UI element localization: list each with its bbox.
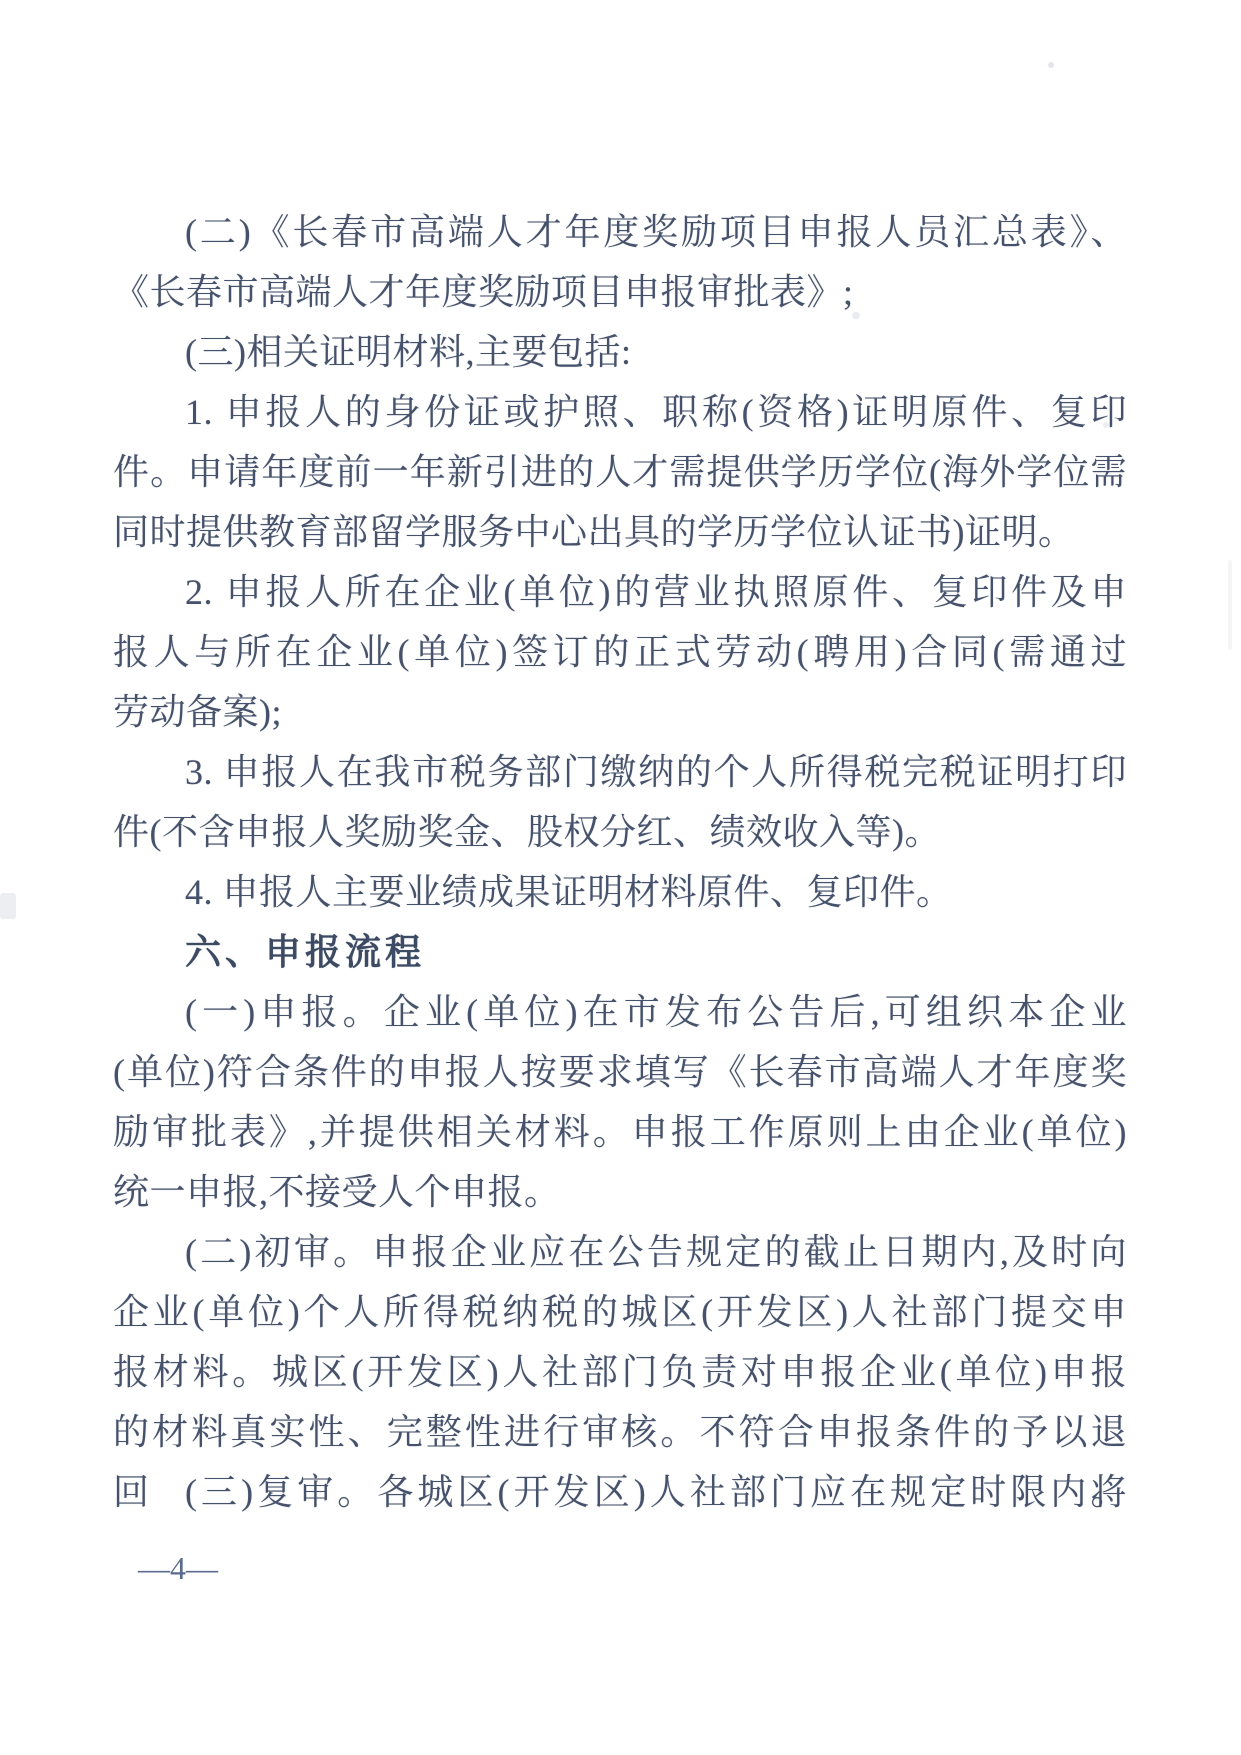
document-page: (二)《长春市高端人才年度奖励项目申报人员汇总表》、 《长春市高端人才年度奖励项…	[0, 0, 1241, 1755]
text-line: 报材料。城区(开发区)人社部门负责对申报企业(单位)申报	[113, 1342, 1127, 1402]
text-line: 企业(单位)个人所得税纳税的城区(开发区)人社部门提交申	[113, 1282, 1127, 1342]
section-heading: 六、申报流程	[113, 922, 1127, 982]
document-body: (二)《长春市高端人才年度奖励项目申报人员汇总表》、 《长春市高端人才年度奖励项…	[113, 202, 1127, 1522]
page-number: —4—	[138, 1548, 218, 1588]
text-line: 励审批表》,并提供相关材料。申报工作原则上由企业(单位)	[113, 1102, 1127, 1162]
text-line: 2. 申报人所在企业(单位)的营业执照原件、复印件及申	[113, 562, 1127, 622]
text-line: (二)初审。申报企业应在公告规定的截止日期内,及时向	[113, 1222, 1127, 1282]
text-line: 统一申报,不接受人个申报。	[113, 1162, 1127, 1222]
text-line: 件。申请年度前一年新引进的人才需提供学历学位(海外学位需	[113, 442, 1127, 502]
text-line: 劳动备案);	[113, 682, 1127, 742]
scan-artifact	[1103, 422, 1109, 428]
scan-artifact	[1228, 560, 1232, 650]
text-line: 同时提供教育部留学服务中心出具的学历学位认证书)证明。	[113, 502, 1127, 562]
text-line: 件(不含申报人奖励奖金、股权分红、绩效收入等)。	[113, 802, 1127, 862]
scan-artifact	[1048, 62, 1054, 68]
text-line: 3. 申报人在我市税务部门缴纳的个人所得税完税证明打印	[113, 742, 1127, 802]
scan-artifact	[852, 312, 860, 319]
text-line: (三)复审。各城区(开发区)人社部门应在规定时限内将	[113, 1462, 1127, 1522]
text-line: 《长春市高端人才年度奖励项目申报审批表》;	[113, 262, 1127, 322]
text-line: (单位)符合条件的申报人按要求填写《长春市高端人才年度奖	[113, 1042, 1127, 1102]
text-line: (三)相关证明材料,主要包括:	[113, 322, 1127, 382]
text-line: (一)申报。企业(单位)在市发布公告后,可组织本企业	[113, 982, 1127, 1042]
text-line: 的材料真实性、完整性进行审核。不符合申报条件的予以退回。	[113, 1402, 1127, 1462]
text-line: 4. 申报人主要业绩成果证明材料原件、复印件。	[113, 862, 1127, 922]
text-line: 1. 申报人的身份证或护照、职称(资格)证明原件、复印	[113, 382, 1127, 442]
text-line: 报人与所在企业(单位)签订的正式劳动(聘用)合同(需通过	[113, 622, 1127, 682]
scan-artifact	[0, 893, 16, 919]
text-line: (二)《长春市高端人才年度奖励项目申报人员汇总表》、	[113, 202, 1127, 262]
